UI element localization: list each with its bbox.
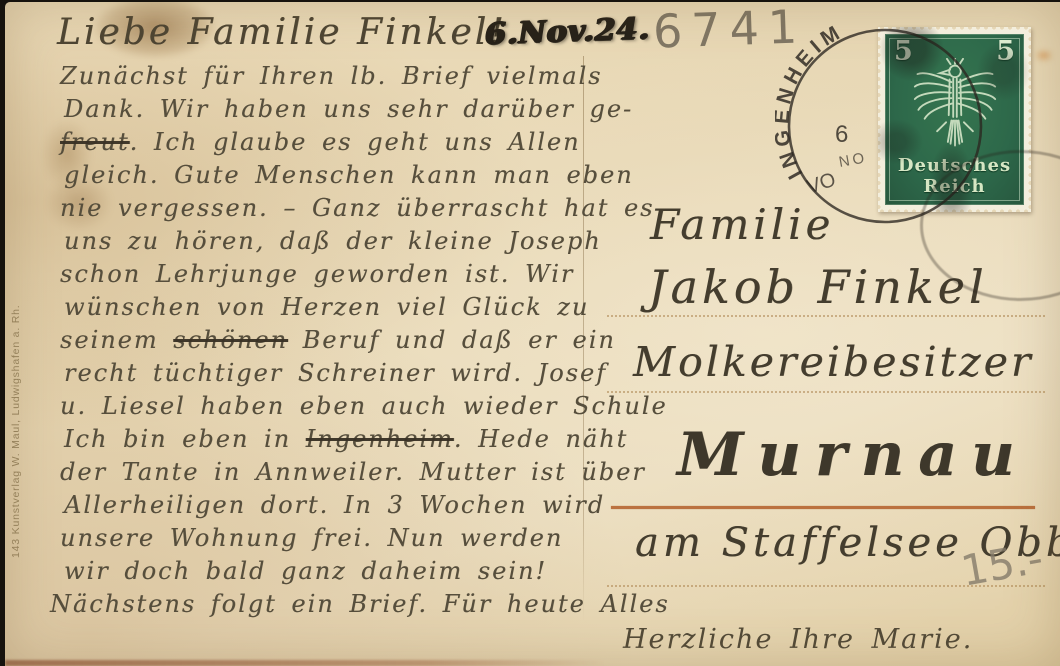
message-segment: recht tüchtiger Schreiner wird. Josef	[64, 359, 607, 387]
message-line: gleich. Gute Menschen kann man eben	[64, 159, 620, 192]
postmark-day: 6	[835, 121, 848, 148]
message-segment: Beruf und daß er ein	[288, 326, 616, 354]
message-line: Ich bin eben in Ingenheim. Hede näht	[64, 423, 620, 456]
address-line-town: Murnau	[677, 420, 1029, 490]
postmark-town: INGENHEIM	[775, 19, 848, 182]
address-rule-3	[611, 506, 1035, 509]
message-line: der Tante in Annweiler. Mutter ist über	[60, 456, 620, 489]
postcard: 143 Kunstverlag W. Maul, Ludwigshafen a.…	[5, 2, 1060, 666]
message-segment: unsere Wohnung frei. Nun werden	[60, 524, 563, 552]
message-segment: Ich bin eben in	[64, 425, 306, 453]
message-lines: Zunächst für Ihren lb. Brief vielmalsDan…	[60, 60, 620, 621]
message-segment: Allerheiligen dort. In 3 Wochen wird	[64, 491, 605, 519]
publisher-imprint: 143 Kunstverlag W. Maul, Ludwigshafen a.…	[10, 305, 22, 559]
postmark-time: VO	[804, 169, 838, 199]
message-segment: schon Lehrjunge geworden ist. Wir	[60, 260, 574, 288]
message-segment: . Hede näht	[454, 425, 628, 453]
handwritten-date: 6.Nov.24.	[484, 11, 650, 52]
paper-stain	[1035, 50, 1053, 61]
card-bottom-edge	[5, 660, 605, 666]
message-line: Nächstens folgt ein Brief. Für heute All…	[50, 588, 620, 621]
postcard-scan: { "card": { "heading": "Liebe Familie Fi…	[0, 0, 1060, 666]
postmark-month: NO	[838, 149, 869, 171]
address-rule-1	[607, 315, 1045, 317]
message-segment: seinem	[60, 326, 173, 354]
signature-line: Herzliche Ihre Marie.	[623, 624, 973, 655]
message-segment: wünschen von Herzen viel Glück zu	[64, 293, 589, 321]
message-segment: Dank. Wir haben uns sehr darüber ge-	[64, 95, 633, 123]
message-line: wir doch bald ganz daheim sein!	[64, 555, 620, 588]
message-segment: Zunächst für Ihren lb. Brief vielmals	[60, 62, 603, 90]
message-segment: Ingenheim	[306, 425, 454, 453]
address-rule-2	[607, 391, 1045, 393]
message-line: recht tüchtiger Schreiner wird. Josef	[64, 357, 620, 390]
message-line: wünschen von Herzen viel Glück zu	[64, 291, 620, 324]
message-line: unsere Wohnung frei. Nun werden	[60, 522, 620, 555]
message-line: Allerheiligen dort. In 3 Wochen wird	[64, 489, 620, 522]
message-line: nie vergessen. – Ganz überrascht hat es	[60, 192, 620, 225]
message-segment: . Ich glaube es geht uns Allen	[130, 128, 581, 156]
message-segment: der Tante in Annweiler. Mutter ist über	[60, 458, 646, 486]
message-line: seinem schönen Beruf und daß er ein	[60, 324, 620, 357]
salutation: Liebe Familie Finkel!	[57, 12, 507, 53]
message-segment: wir doch bald ganz daheim sein!	[64, 557, 547, 585]
message-segment: Nächstens folgt ein Brief. Für heute All…	[50, 590, 670, 618]
message-line: schon Lehrjunge geworden ist. Wir	[60, 258, 620, 291]
message-line: freut. Ich glaube es geht uns Allen	[60, 126, 620, 159]
address-line-occupation: Molkereibesitzer	[633, 338, 1033, 386]
message-line: Zunächst für Ihren lb. Brief vielmals	[60, 60, 620, 93]
message-segment: u. Liesel haben eben auch wieder Schule	[60, 392, 668, 420]
message-segment: uns zu hören, daß der kleine Joseph	[64, 227, 602, 255]
message-segment: schönen	[173, 326, 288, 354]
message-line: Dank. Wir haben uns sehr darüber ge-	[64, 93, 620, 126]
message-line: uns zu hören, daß der kleine Joseph	[64, 225, 620, 258]
postmark-town-text: INGENHEIM	[775, 19, 848, 182]
message-line: u. Liesel haben eben auch wieder Schule	[60, 390, 620, 423]
message-segment: gleich. Gute Menschen kann man eben	[64, 161, 634, 189]
message-segment: nie vergessen. – Ganz überrascht hat es	[60, 194, 654, 222]
message-segment: freut	[60, 128, 130, 156]
